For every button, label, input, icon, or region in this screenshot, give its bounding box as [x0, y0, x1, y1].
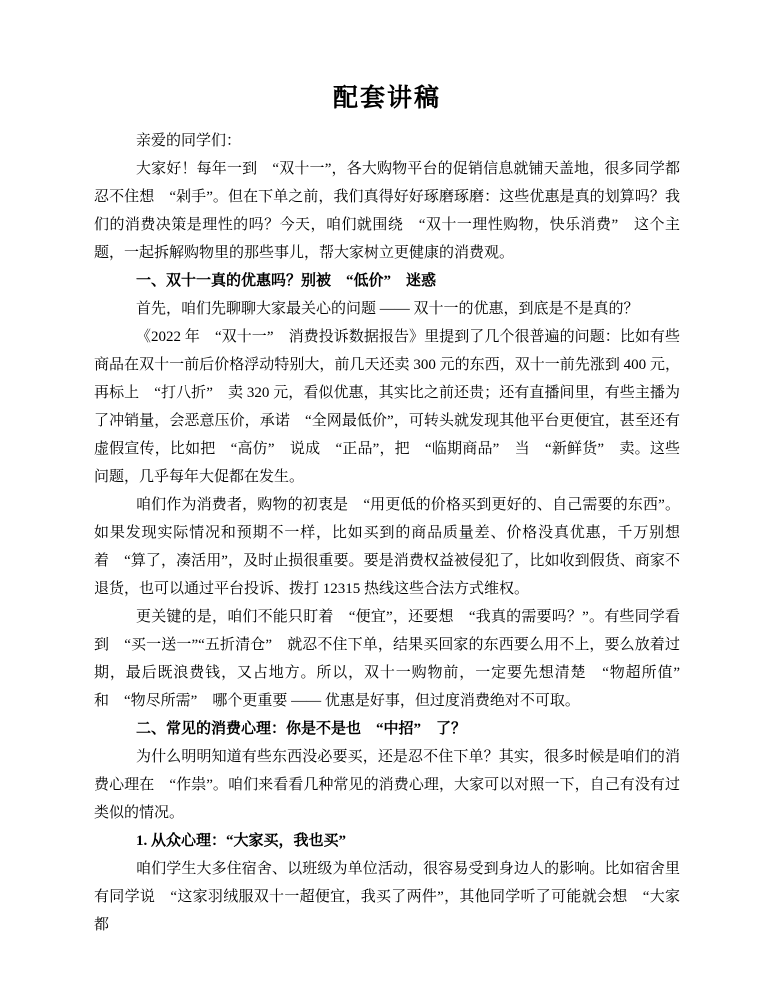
section1-paragraph-2: 《2022 年 “双十一” 消费投诉数据报告》里提到了几个很普遍的问题：比如有些…	[94, 323, 680, 491]
intro-paragraph: 大家好！每年一到 “双十一”，各大购物平台的促销信息就铺天盖地，很多同学都忍不住…	[94, 155, 680, 267]
section-heading-2: 二、常见的消费心理：你是不是也 “中招” 了？	[94, 715, 680, 743]
salutation-line: 亲爱的同学们：	[94, 127, 680, 155]
subsection-heading-1: 1. 从众心理：“大家买，我也买”	[94, 827, 680, 855]
section1-paragraph-4: 更关键的是，咱们不能只盯着 “便宜”，还要想 “我真的需要吗？”。有些同学看到 …	[94, 603, 680, 715]
document-title: 配套讲稿	[94, 84, 680, 114]
document-page: 配套讲稿 亲爱的同学们： 大家好！每年一到 “双十一”，各大购物平台的促销信息就…	[0, 0, 770, 1000]
section1-paragraph-3: 咱们作为消费者，购物的初衷是 “用更低的价格买到更好的、自己需要的东西”。如果发…	[94, 491, 680, 603]
section-heading-1: 一、双十一真的优惠吗？别被 “低价” 迷惑	[94, 267, 680, 295]
section2-paragraph-2: 咱们学生大多住宿舍、以班级为单位活动，很容易受到身边人的影响。比如宿舍里有同学说…	[94, 855, 680, 939]
section2-paragraph-1: 为什么明明知道有些东西没必要买，还是忍不住下单？其实，很多时候是咱们的消费心理在…	[94, 743, 680, 827]
section1-paragraph-1: 首先，咱们先聊聊大家最关心的问题 —— 双十一的优惠，到底是不是真的？	[94, 295, 680, 323]
